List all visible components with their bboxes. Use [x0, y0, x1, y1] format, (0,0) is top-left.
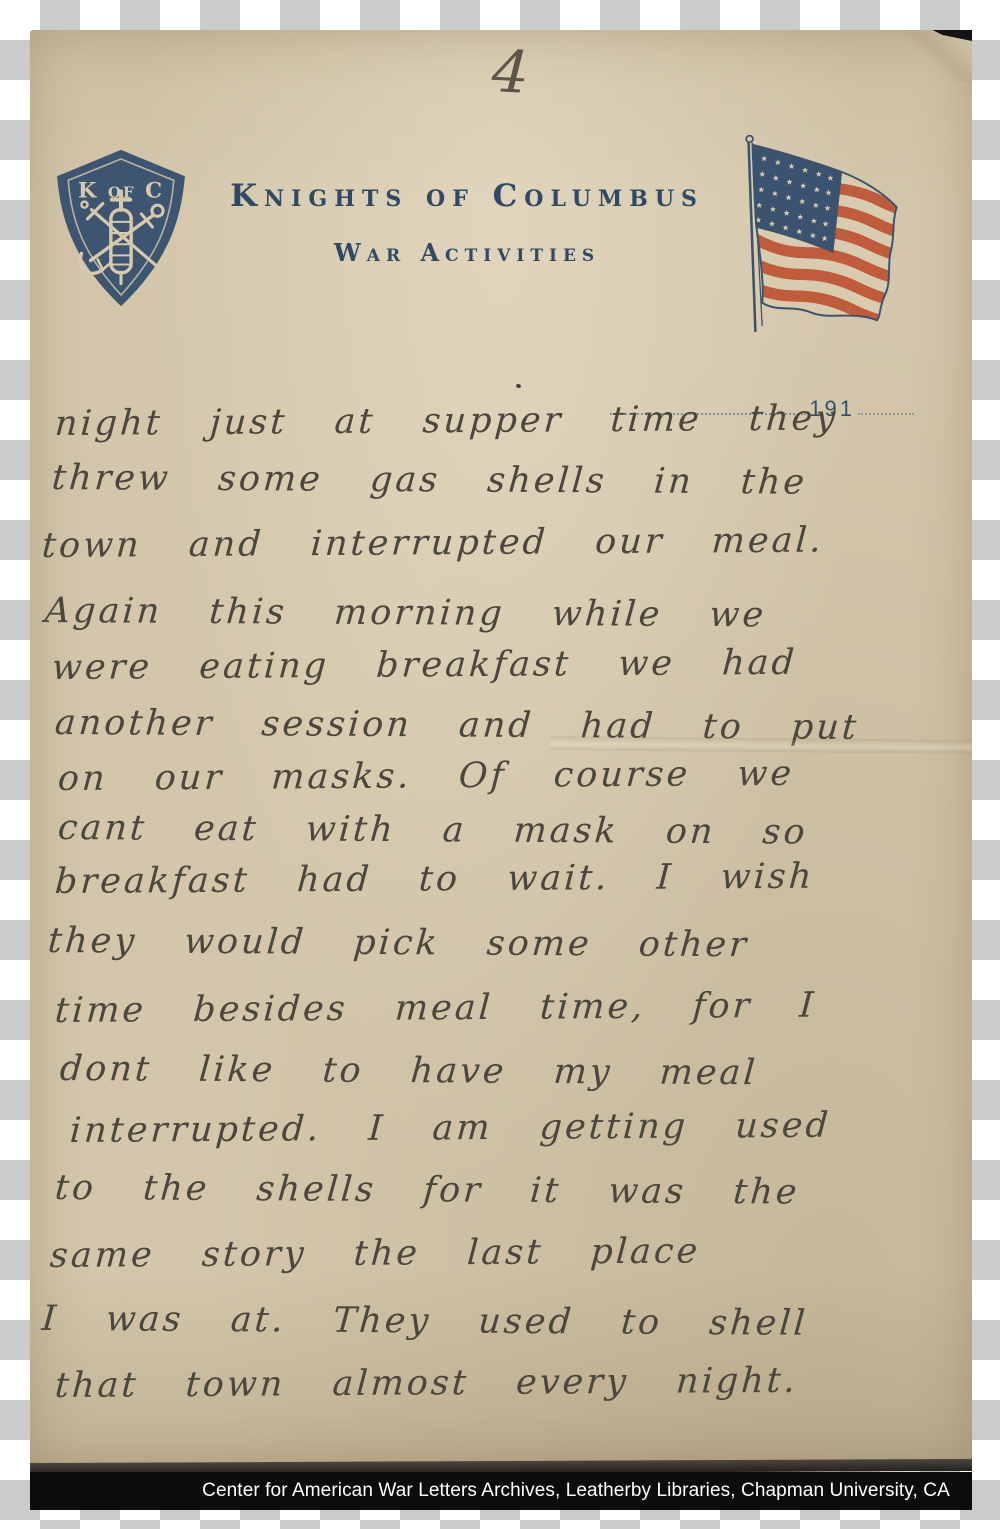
transparency-background: 4 K of C [0, 0, 1000, 1529]
letterhead: Knights of Columbus War Activities [167, 178, 767, 267]
letterhead-subtitle: War Activities [167, 238, 767, 267]
handwritten-line: I was at. They used to shell [40, 1299, 809, 1344]
handwritten-line: they would pick some other [46, 921, 750, 965]
handwritten-line: Again this morning while we [43, 591, 767, 635]
handwritten-line: cant eat with a mask on so [56, 808, 809, 853]
handwritten-line: night just at supper time they [54, 399, 840, 444]
page-number: 4 [490, 37, 530, 107]
ink-speck [515, 383, 521, 388]
handwritten-line: to the shells for it was the [53, 1168, 801, 1213]
handwritten-line: time besides meal time, for I [54, 986, 818, 1031]
letter-paper: 4 K of C [30, 30, 972, 1468]
handwritten-line: interrupted. I am getting used [69, 1106, 832, 1151]
date-leader-tail [858, 413, 914, 415]
handwritten-line: were eating breakfast we had [51, 643, 799, 688]
footer-credit: Center for American War Letters Archives… [202, 1480, 950, 1502]
paper-fold-crease [550, 736, 972, 754]
handwritten-line: that town almost every night. [54, 1361, 799, 1406]
footer-bar: Center for American War Letters Archives… [30, 1472, 972, 1510]
us-flag-icon [733, 123, 923, 345]
handwritten-line: breakfast had to wait. I wish [54, 857, 816, 902]
handwritten-line: same story the last place [49, 1231, 702, 1276]
handwritten-line: threw some gas shells in the [50, 458, 808, 503]
handwritten-line: town and interrupted our meal. [41, 521, 825, 566]
handwritten-line: dont like to have my meal [58, 1049, 759, 1093]
handwritten-line: on our masks. Of course we [57, 754, 796, 799]
letterhead-title: Knights of Columbus [167, 178, 767, 214]
